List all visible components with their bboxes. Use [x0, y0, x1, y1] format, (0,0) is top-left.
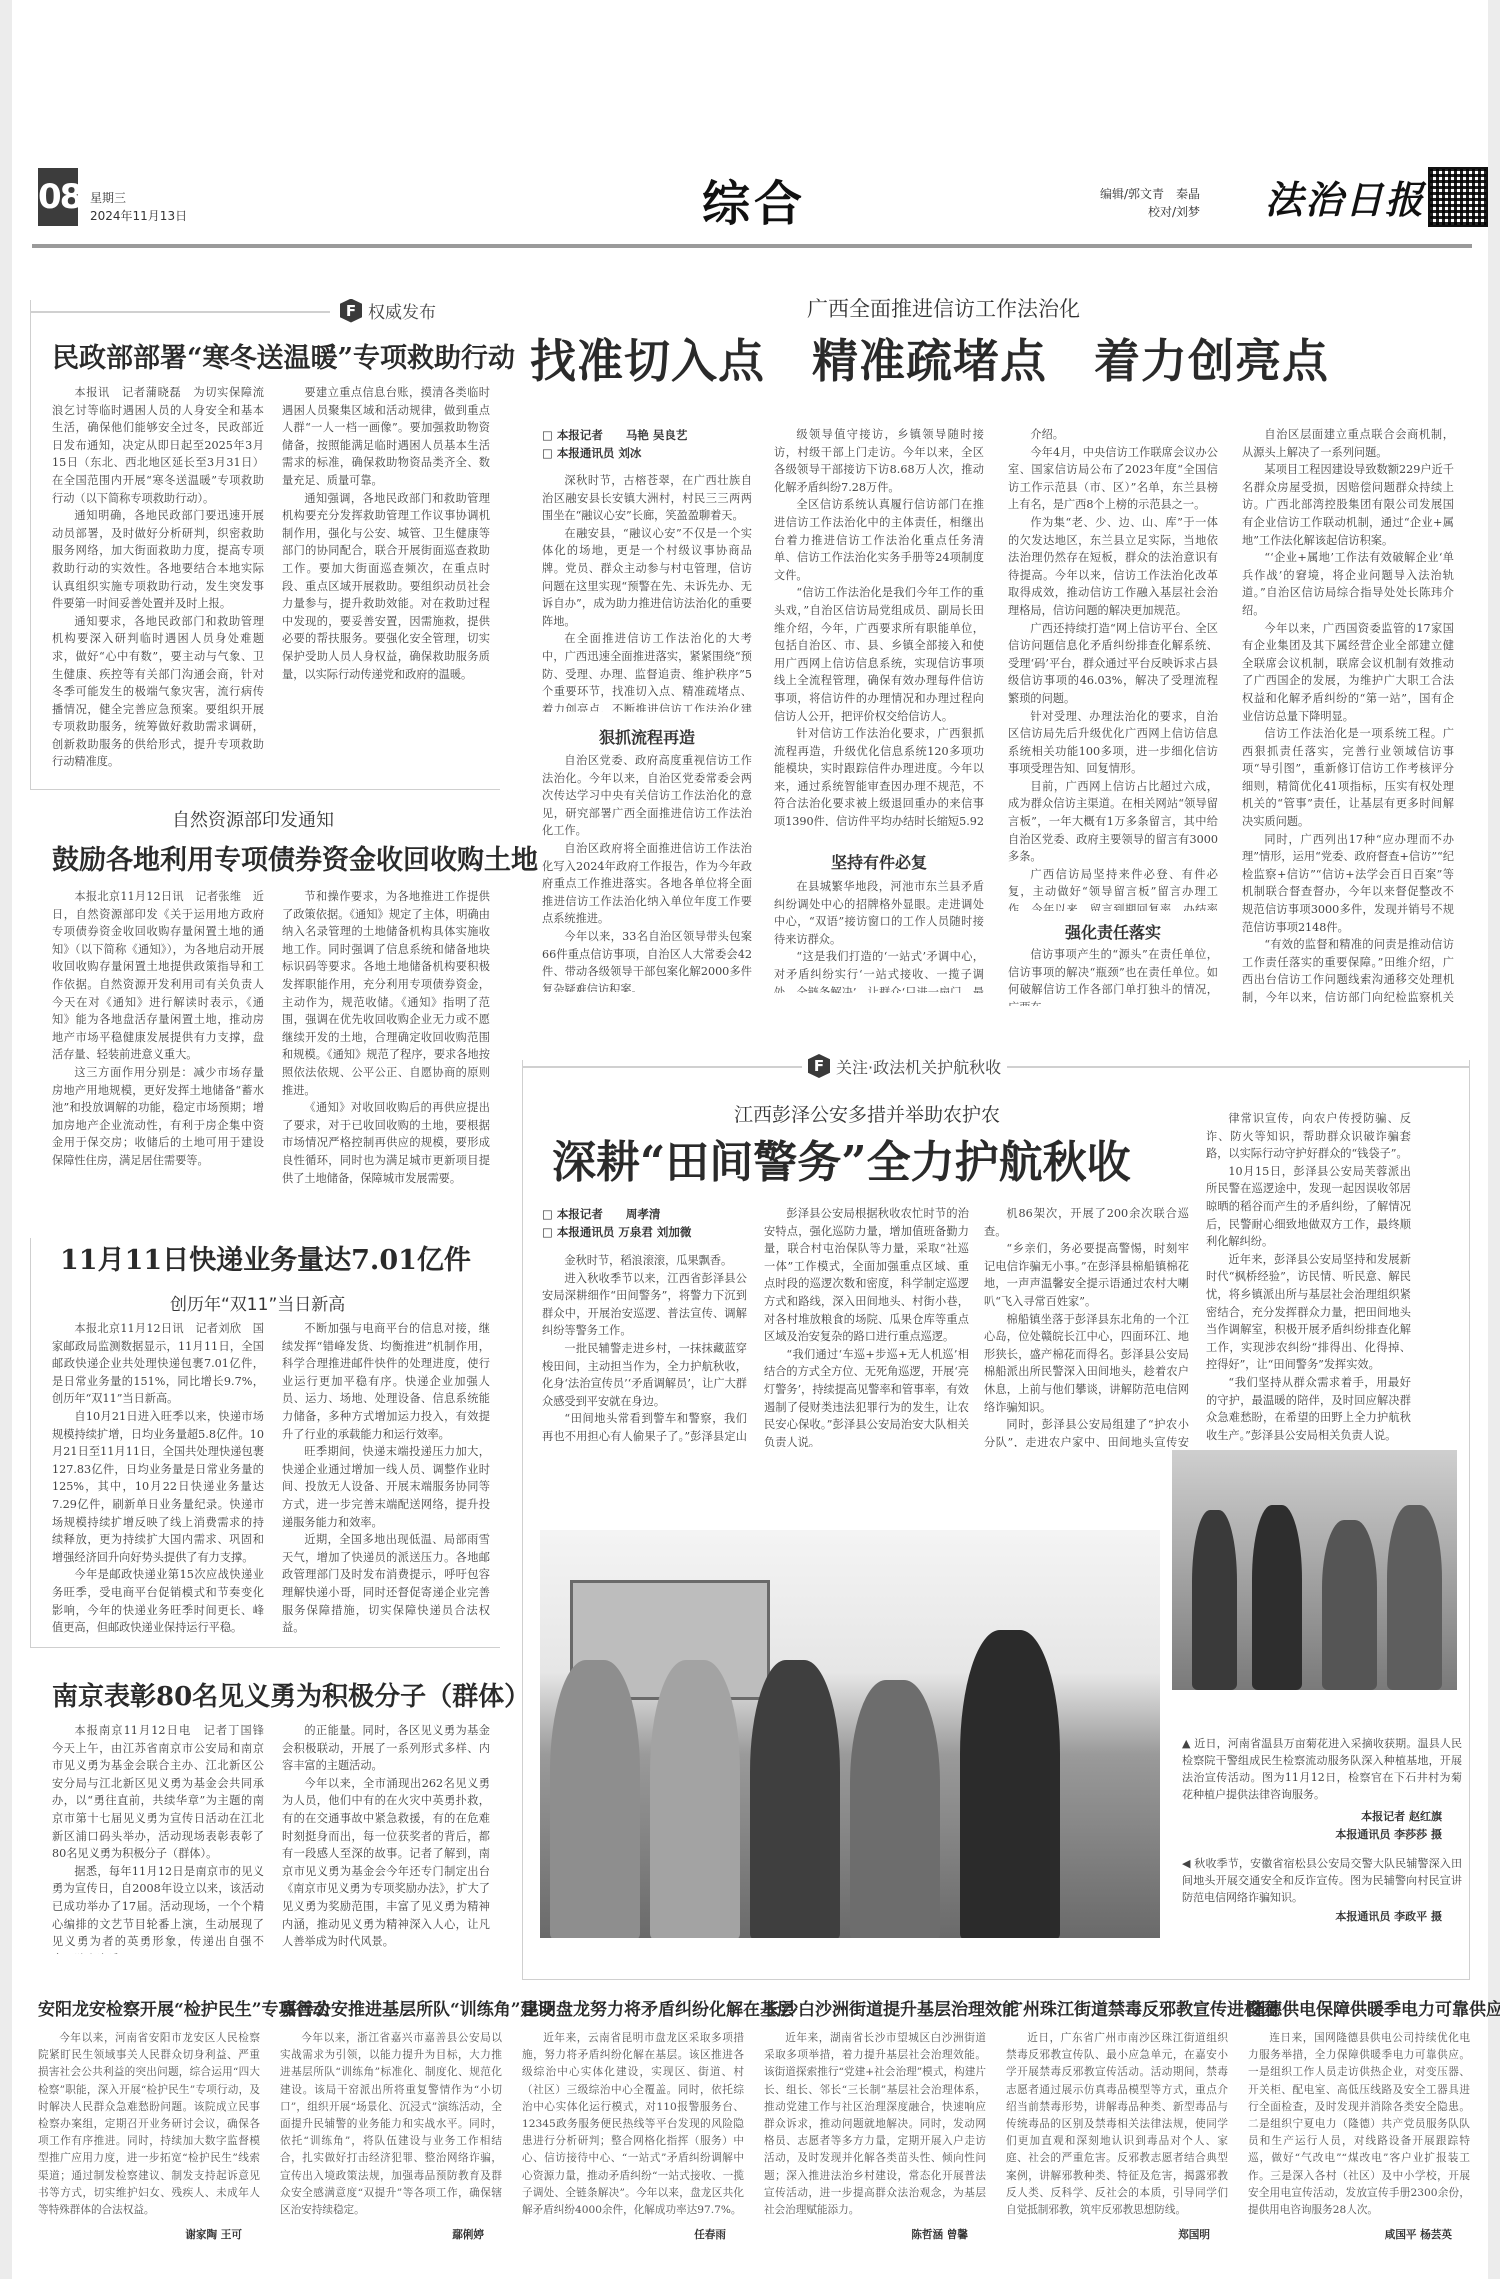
weekday: 星期三 [90, 189, 187, 207]
article-column: 信访事项产生的“源头”在责任单位，信访事项的解决“瓶颈”也在责任单位。如何破解信… [1008, 946, 1218, 1006]
article-column: 自治区层面建立重点联合会商机制，从源头上解决了一系列问题。 某项目工程因建设导致… [1242, 426, 1454, 1006]
brief-article: 连日来，国网隆德县供电公司持续优化电力服务举措，全力保障供暖季电力可靠供应。一是… [1248, 2030, 1470, 2244]
brief-article: 今年以来，河南省安阳市龙安区人民检察院紧盯民生领域事关人民群众切身利益、严重损害… [38, 2030, 260, 2244]
brief-author: 鄢俐婷 [280, 2227, 502, 2244]
photo-caption: ◀ 秋收季节，安徽省宿松县公安局交警大队民辅警深入田间地头开展交通安全和反诈宣传… [1182, 1855, 1462, 1906]
brief-article: 近年来，云南省昆明市盘龙区采取多项措施，努力将矛盾纠纷化解在基层。该区推进各级综… [522, 2030, 744, 2244]
person-figure [750, 1660, 840, 1938]
article-column: 彭泽县公安局根据秋收农忙时节的治安特点，强化巡防力量，增加值班备勤力量，联合村屯… [764, 1205, 969, 1447]
divider [30, 311, 330, 313]
section-title: 综合 [702, 165, 806, 234]
qr-code-icon[interactable] [1428, 167, 1488, 227]
article-column: 不断加强与电商平台的信息对接，继续发挥“错峰发货、均衡推进”机制作用，科学合理推… [282, 1320, 490, 1640]
article-column: 要建立重点信息台账，摸清各类临时遇困人员聚集区域和活动规律，做到重点人群“一人一… [282, 384, 490, 683]
person-figure [550, 1660, 640, 1938]
section-subhead: 狠抓流程再造 [542, 725, 752, 748]
article-column: 本报北京11月12日讯 记者刘欣 国家邮政局监测数据显示，11月11日，全国邮政… [52, 1320, 264, 1640]
brief-article: 近年来，湖南省长沙市望城区白沙洲街道采取多项举措，着力提升基层社会治理效能。该街… [764, 2030, 986, 2244]
person-figure [650, 1660, 740, 1938]
article-kicker: 广西全面推进信访工作法治化 [807, 293, 1080, 323]
tag-focus: F 关注·政法机关护航秋收 [802, 1054, 1007, 1078]
f-logo-icon: F [808, 1054, 830, 1078]
article-column: 本报讯 记者蒲晓磊 为切实保障流浪乞讨等临时遇困人员的人身安全和基本生活，确保他… [52, 384, 264, 771]
photo-credit: 本报记者 赵红旗 本报通讯员 李莎莎 摄 [1172, 1808, 1442, 1844]
editor-credits: 编辑/郭文青 秦晶 校对/刘梦 [1100, 185, 1200, 221]
byline: □ 本报记者 马艳 吴良艺 □ 本报通讯员 刘冰 [542, 426, 687, 462]
article-column: 金秋时节，稻浪滚滚，瓜果飘香。 进入秋收季节以来，江西省彭泽县公安局深耕细作“田… [542, 1252, 747, 1447]
article-title[interactable]: 11月11日快递业务量达7.01亿件 [60, 1238, 471, 1277]
section-subhead: 坚持有件必复 [774, 850, 984, 873]
brief-author: 咸国平 杨芸英 [1248, 2227, 1470, 2244]
brief-title[interactable]: 广州珠江街道禁毒反邪教宣传进校园 [1006, 1995, 1278, 2020]
person-figure [1252, 1505, 1302, 1690]
article-column: 自治区党委、政府高度重视信访工作法治化。今年以来，自治区党委常委会两次传达学习中… [542, 752, 752, 992]
tag-authoritative: F 权威发布 [334, 298, 442, 323]
article-title[interactable]: 鼓励各地利用专项债券资金收回收购土地 [52, 838, 538, 877]
article-title[interactable]: 南京表彰80名见义勇为积极分子（群体） [52, 1676, 530, 1713]
brief-title[interactable]: 昆明盘龙努力将矛盾纠纷化解在基层 [522, 1995, 794, 2020]
article-column: 的正能量。同时，各区见义勇为基金会积极联动，开展了一系列形式多样、内容丰富的主题… [282, 1722, 490, 1954]
page-number: 08 [38, 168, 78, 226]
photo-caption: ▲ 近日，河南省温县万亩菊花进入采摘收获期。温县人民检察院干警组成民生检察流动服… [1182, 1735, 1462, 1803]
article-title[interactable]: 找准切入点 精准疏堵点 着力创亮点 [530, 325, 1329, 391]
article-column: 律常识宣传，向农户传授防骗、反诈、防火等知识，帮助群众识破诈骗套路，以实际行动守… [1206, 1110, 1411, 1445]
brief-author: 任春雨 [522, 2227, 744, 2244]
article-column: 本报北京11月12日讯 记者张维 近日，自然资源部印发《关于运用地方政府专项债券… [52, 888, 264, 1233]
f-logo-icon: F [340, 299, 362, 323]
person-figure [850, 1680, 940, 1938]
article-column: 本报南京11月12日电 记者丁国锋 今天上午，由江苏省南京市公安局和南京市见义勇… [52, 1722, 264, 1954]
photo-credit: 本报通讯员 李政平 摄 [1172, 1908, 1442, 1924]
person-figure [960, 1630, 1060, 1938]
brief-author: 谢家陶 王可 [38, 2227, 260, 2244]
article-column: 深秋时节，古榕苍翠，在广西壮族自治区融安县长安镇大洲村，村民三三两两围坐在“融议… [542, 472, 752, 712]
person-figure [1322, 1520, 1377, 1690]
person-figure [1387, 1505, 1442, 1690]
side-photo [1172, 1450, 1457, 1690]
article-column: 在县城繁华地段，河池市东兰县矛盾纠纷调处中心的招牌格外显眼。走进调处中心，“双语… [774, 878, 984, 993]
brief-article: 近日，广东省广州市南沙区珠江街道组织禁毒反邪教宣传队、最小应急单元，在嘉安小学开… [1006, 2030, 1228, 2244]
article-subtitle: 创历年“双11”当日新高 [170, 1290, 345, 1315]
brief-article: 今年以来，浙江省嘉兴市嘉善县公安局以实战需求为引领，以能力提升为目标，大力推进基… [280, 2030, 502, 2244]
article-column: 介绍。 今年4月，中央信访工作联席会议办公室、国家信访局公布了2023年度“全国… [1008, 426, 1218, 911]
brief-author: 郑国明 [1006, 2227, 1228, 2244]
person-figure [1192, 1510, 1237, 1690]
article-column: 级领导值守接访，乡镇领导随时接访，村级干部上门走访。今年以来，全区各级领导干部接… [774, 426, 984, 826]
date: 2024年11月13日 [90, 207, 187, 225]
newspaper-page: 08 星期三 2024年11月13日 综合 编辑/郭文青 秦晶 校对/刘梦 法治… [12, 0, 1488, 2279]
article-title[interactable]: 民政部部署“寒冬送温暖”专项救助行动 [52, 336, 515, 375]
masthead: 08 星期三 2024年11月13日 综合 编辑/郭文青 秦晶 校对/刘梦 法治… [30, 165, 1470, 240]
article-kicker: 自然资源部印发通知 [172, 806, 334, 832]
main-photo [540, 1530, 1160, 1938]
article-column: 机86架次，开展了200余次联合巡查。 “乡亲们，务必要提高警惕，时刻牢记电信诈… [984, 1205, 1189, 1447]
byline: □ 本报记者 周孝清 □ 本报通讯员 万泉君 刘加微 [542, 1205, 691, 1241]
brief-title[interactable]: 长沙白沙洲街道提升基层治理效能 [764, 1995, 1019, 2020]
issue-date: 星期三 2024年11月13日 [90, 189, 187, 225]
article-title[interactable]: 深耕“田间警务”全力护航秋收 [552, 1126, 1131, 1190]
header-rule [32, 244, 1472, 248]
section-subhead: 强化责任落实 [1008, 920, 1218, 943]
article-kicker: 江西彭泽公安多措并举助农护农 [734, 1100, 1000, 1127]
brief-author: 陈哲涵 曾馨 [764, 2227, 986, 2244]
article-column: 节和操作要求，为各地推进工作提供了政策依据。《通知》规定了主体，明确由纳入名录管… [282, 888, 490, 1233]
newspaper-logo: 法治日报 [1265, 169, 1425, 224]
brief-title[interactable]: 嘉善公安推进基层所队“训练角”建设 [280, 1995, 555, 2020]
brief-title[interactable]: 隆德供电保障供暖季电力可靠供应 [1248, 1995, 1500, 2020]
